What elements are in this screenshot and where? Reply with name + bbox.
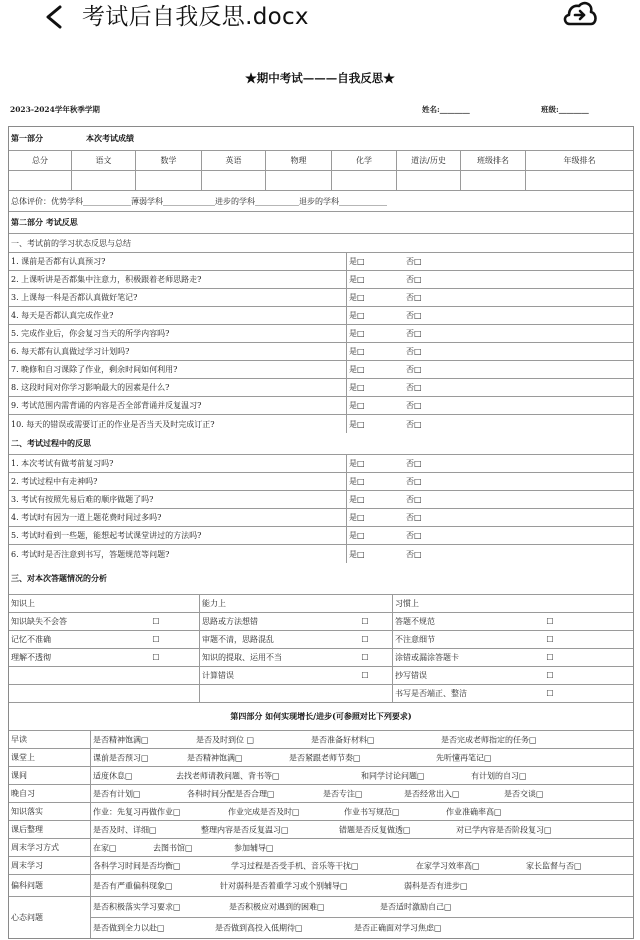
- overall-evaluation: 总体评价：优势学科____________薄弱学科_____________进步…: [9, 191, 633, 211]
- analysis-checkbox[interactable]: ☐: [356, 653, 374, 662]
- analysis-item: 抄写错误: [395, 670, 541, 681]
- growth-checkbox-item[interactable]: 去找老师请教问题、背书等□: [176, 770, 280, 781]
- score-header-row: 总分 语文 数学 英语 物理 化学 道法/历史 班级排名 年级排名: [9, 151, 633, 171]
- growth-row-label: 周末学习方式: [9, 839, 91, 856]
- growth-row: 周末学习方式 在家□ 去图书馆□ 参加辅导□: [9, 839, 633, 857]
- share-button[interactable]: [560, 0, 600, 30]
- growth-checkbox-item[interactable]: 课前是否预习□: [93, 752, 149, 763]
- no-checkbox[interactable]: 否□: [406, 364, 422, 375]
- growth-checkbox-item[interactable]: 是否积极落实学习要求□: [93, 902, 181, 913]
- growth-row: 课后整理 是否及时、详细□ 整理内容是否反复温习□ 错题是否反复做透□ 对已学内…: [9, 821, 633, 839]
- question-text: 10. 每天的错误或需要订正的作业是否当天及时完成订正?: [9, 415, 347, 433]
- growth-row-label: 心态问题: [9, 897, 91, 938]
- analysis-checkbox[interactable]: ☐: [541, 635, 559, 644]
- no-checkbox[interactable]: 否□: [406, 530, 422, 541]
- question-text: 5. 考试时看到一些题，能想起考试课堂讲过的方法吗?: [9, 527, 347, 544]
- growth-row-label: 偏科问题: [9, 875, 91, 896]
- question-text: 2. 上课听讲是否都集中注意力，积极跟着老师思路走?: [9, 271, 347, 288]
- question-text: 7. 晚修和自习课除了作业，剩余时间如何利用?: [9, 361, 347, 378]
- analysis-checkbox[interactable]: ☐: [147, 653, 165, 662]
- analysis-row: 书写是否端正、整洁☐: [9, 685, 633, 703]
- growth-checkbox-item[interactable]: 先听懂再笔记□: [436, 752, 492, 763]
- yes-checkbox[interactable]: 是□: [349, 419, 406, 430]
- part2-header: 第二部分 考试反思: [9, 212, 633, 234]
- part4-title: 第四部分 如何实现增长/进步(可参照对比下列要求): [9, 703, 633, 730]
- score-input-class-rank[interactable]: [461, 171, 526, 190]
- analysis-item: 审题不清，思路混乱: [202, 634, 356, 645]
- growth-checkbox-item[interactable]: 在家学习效率高□: [416, 860, 480, 871]
- no-checkbox[interactable]: 否□: [406, 346, 422, 357]
- score-col-class-rank: 班级排名: [461, 151, 526, 170]
- no-checkbox[interactable]: 否□: [406, 549, 422, 560]
- analysis-item: 计算错误: [202, 670, 356, 681]
- part4-header: 第四部分 如何实现增长/进步(可参照对比下列要求): [9, 703, 633, 731]
- document-title: 考试后自我反思.docx: [82, 0, 309, 31]
- no-checkbox[interactable]: 否□: [406, 400, 422, 411]
- yes-checkbox[interactable]: 是□: [349, 476, 406, 487]
- growth-checkbox-item[interactable]: 是否有计划□: [93, 788, 141, 799]
- yes-checkbox[interactable]: 是□: [349, 256, 406, 267]
- yes-checkbox[interactable]: 是□: [349, 549, 406, 560]
- growth-checkbox-item[interactable]: 错题是否反复做透□: [339, 824, 411, 835]
- section1-questions: 1. 课前是否都有认真预习?是□否□ 2. 上课听讲是否都集中注意力，积极跟着老…: [9, 253, 633, 433]
- growth-checkbox-item[interactable]: 去图书馆□: [153, 842, 193, 853]
- growth-checkbox-item[interactable]: 弱科是否有进步□: [404, 880, 468, 891]
- question-text: 8. 这段时间对你学习影响最大的因素是什么?: [9, 379, 347, 396]
- section2-title: 二、考试过程中的反思: [9, 433, 633, 454]
- no-checkbox[interactable]: 否□: [406, 310, 422, 321]
- question-row: 3. 上课每一科是否都认真做好笔记?是□否□: [9, 289, 633, 307]
- question-row: 8. 这段时间对你学习影响最大的因素是什么?是□否□: [9, 379, 633, 397]
- score-input-physics[interactable]: [266, 171, 332, 190]
- yes-checkbox[interactable]: 是□: [349, 328, 406, 339]
- growth-checkbox-item[interactable]: 家长监督与否□: [526, 860, 582, 871]
- score-input-math[interactable]: [136, 171, 202, 190]
- growth-checkbox-item[interactable]: 是否做到全力以赴□: [93, 923, 165, 934]
- term-label: 2023-2024学年秋季学期: [10, 104, 100, 115]
- analysis-col-knowledge: 知识上: [9, 595, 200, 612]
- growth-checkbox-item[interactable]: 作业准确率高□: [446, 806, 502, 817]
- question-text: 4. 每天是否都认真完成作业?: [9, 307, 347, 324]
- no-checkbox[interactable]: 否□: [406, 494, 422, 505]
- growth-checkbox-item[interactable]: 是否交谈□: [504, 788, 544, 799]
- growth-checkbox-item[interactable]: 各科学习时间是否均衡□: [93, 860, 181, 871]
- growth-checkbox-item[interactable]: 适度休息□: [93, 770, 133, 781]
- growth-row-label: 知识落实: [9, 803, 91, 820]
- yes-checkbox[interactable]: 是□: [349, 292, 406, 303]
- question-row: 2. 考试过程中有走神吗?是□否□: [9, 473, 633, 491]
- score-input-chemistry[interactable]: [332, 171, 397, 190]
- no-checkbox[interactable]: 否□: [406, 328, 422, 339]
- question-row: 10. 每天的错误或需要订正的作业是否当天及时完成订正?是□否□: [9, 415, 633, 433]
- growth-row-label: 课间: [9, 767, 91, 784]
- analysis-checkbox[interactable]: ☐: [541, 617, 559, 626]
- analysis-checkbox[interactable]: ☐: [541, 689, 559, 698]
- growth-row: 知识落实 作业：先复习再做作业□ 作业完成是否及时□ 作业书写规范□ 作业准确率…: [9, 803, 633, 821]
- chevron-left-icon: [40, 2, 70, 36]
- analysis-item: 不注意细节: [395, 634, 541, 645]
- back-button[interactable]: [40, 2, 70, 36]
- analysis-checkbox[interactable]: ☐: [541, 671, 559, 680]
- yes-checkbox[interactable]: 是□: [349, 346, 406, 357]
- question-text: 1. 本次考试有做考前复习吗?: [9, 455, 347, 472]
- growth-row: 课间 适度休息□ 去找老师请教问题、背书等□ 和同学讨论问题□ 有计划的自习□: [9, 767, 633, 785]
- yes-checkbox[interactable]: 是□: [349, 274, 406, 285]
- growth-checkbox-item[interactable]: 参加辅导□: [234, 842, 274, 853]
- question-row: 6. 考试时是否注意到书写，答题规范等问题?是□否□: [9, 545, 633, 563]
- question-text: 5. 完成作业后，你会复习当天的所学内容吗?: [9, 325, 347, 342]
- cloud-share-icon: [560, 0, 600, 30]
- growth-checkbox-item[interactable]: 是否准备好材料□: [311, 734, 375, 745]
- score-col-physics: 物理: [266, 151, 332, 170]
- name-field-label: 姓名:________: [422, 104, 470, 115]
- growth-row-label: 课后整理: [9, 821, 91, 838]
- growth-checkbox-item[interactable]: 是否适时激励自己□: [380, 902, 452, 913]
- document-meta: 2023-2024学年秋季学期 姓名:________ 班级:________: [8, 104, 634, 118]
- analysis-checkbox[interactable]: ☐: [356, 635, 374, 644]
- growth-checkbox-item[interactable]: 作业：先复习再做作业□: [93, 806, 181, 817]
- document-heading: ★期中考试———自我反思★: [0, 70, 640, 86]
- question-row: 9. 考试范围内需背诵的内容是否全部背诵并反复温习?是□否□: [9, 397, 633, 415]
- no-checkbox[interactable]: 否□: [406, 292, 422, 303]
- analysis-item: 记忆不准确: [11, 634, 147, 645]
- growth-row: 课堂上 课前是否预习□ 是否精神饱满□ 是否紧跟老师节奏□ 先听懂再笔记□: [9, 749, 633, 767]
- reflection-table: 第一部分 本次考试成绩 总分 语文 数学 英语 物理 化学 道法/历史 班级排名…: [8, 126, 634, 939]
- score-value-row: [9, 171, 633, 191]
- analysis-item: 思路或方法想错: [202, 616, 356, 627]
- question-row: 4. 每天是否都认真完成作业?是□否□: [9, 307, 633, 325]
- part1-header: 第一部分 本次考试成绩: [9, 127, 633, 151]
- growth-checkbox-item[interactable]: 是否做到高投入低期待□: [215, 923, 303, 934]
- analysis-item: 涂错或漏涂答题卡: [395, 652, 541, 663]
- yes-checkbox[interactable]: 是□: [349, 530, 406, 541]
- growth-row-label: 早读: [9, 731, 91, 748]
- part2-title: 第二部分 考试反思: [9, 212, 633, 233]
- score-input-chinese[interactable]: [72, 171, 136, 190]
- score-col-math: 数学: [136, 151, 202, 170]
- question-row: 1. 本次考试有做考前复习吗?是□否□: [9, 455, 633, 473]
- evaluation-row: 总体评价：优势学科____________薄弱学科_____________进步…: [9, 191, 633, 212]
- no-checkbox[interactable]: 否□: [406, 458, 422, 469]
- growth-row-label: 课堂上: [9, 749, 91, 766]
- question-text: 2. 考试过程中有走神吗?: [9, 473, 347, 490]
- section1-title: 一、考试前的学习状态反思与总结: [9, 234, 633, 252]
- yes-checkbox[interactable]: 是□: [349, 512, 406, 523]
- section3-title: 三、对本次答题情况的分析: [9, 563, 633, 594]
- question-row: 4. 考试时有因为一道上题花费时间过多吗?是□否□: [9, 509, 633, 527]
- growth-row-label: 晚自习: [9, 785, 91, 802]
- analysis-col-ability: 能力上: [200, 595, 393, 612]
- growth-checkbox-item[interactable]: 和同学讨论问题□: [361, 770, 425, 781]
- growth-row: 周末学习 各科学习时间是否均衡□ 学习过程是否受手机、音乐等干扰□ 在家学习效率…: [9, 857, 633, 875]
- score-input-total[interactable]: [9, 171, 72, 190]
- question-row: 1. 课前是否都有认真预习?是□否□: [9, 253, 633, 271]
- question-text: 3. 上课每一科是否都认真做好笔记?: [9, 289, 347, 306]
- section2-questions: 1. 本次考试有做考前复习吗?是□否□ 2. 考试过程中有走神吗?是□否□ 3.…: [9, 455, 633, 563]
- score-col-english: 英语: [202, 151, 266, 170]
- growth-checkbox-item[interactable]: 是否积极应对遇到的困难□: [229, 902, 325, 913]
- growth-checkbox-item[interactable]: 作业书写规范□: [344, 806, 400, 817]
- growth-checkbox-item[interactable]: 是否及时、详细□: [93, 824, 157, 835]
- question-row: 3. 考试有按照先易后难的顺序做题了吗?是□否□: [9, 491, 633, 509]
- yes-checkbox[interactable]: 是□: [349, 458, 406, 469]
- growth-row: 早读 是否精神饱满□ 是否及时到位 □ 是否准备好材料□ 是否完成老师指定的任务…: [9, 731, 633, 749]
- section2-header: 二、考试过程中的反思: [9, 433, 633, 455]
- analysis-item: 知识的提取、运用不当: [202, 652, 356, 663]
- question-row: 6. 每天都有认真做过学习计划吗?是□否□: [9, 343, 633, 361]
- score-input-ethics-history[interactable]: [397, 171, 461, 190]
- growth-checkbox-item[interactable]: 是否经常出入□: [404, 788, 460, 799]
- question-text: 3. 考试有按照先易后难的顺序做题了吗?: [9, 491, 347, 508]
- section3-header: 三、对本次答题情况的分析: [9, 563, 633, 595]
- yes-checkbox[interactable]: 是□: [349, 382, 406, 393]
- analysis-checkbox[interactable]: ☐: [147, 617, 165, 626]
- growth-checkbox-item[interactable]: 对已学内容是否阶段复习□: [456, 824, 552, 835]
- question-text: 6. 每天都有认真做过学习计划吗?: [9, 343, 347, 360]
- analysis-item: 书写是否端正、整洁: [395, 688, 541, 699]
- growth-checkbox-item[interactable]: 是否正确面对学习焦虑□: [354, 923, 442, 934]
- analysis-row: 知识缺失不会答☐ 思路或方法想错☐ 答题不规范☐: [9, 613, 633, 631]
- analysis-row: 记忆不准确☐ 审题不清，思路混乱☐ 不注意细节☐: [9, 631, 633, 649]
- growth-row: 晚自习 是否有计划□ 各科时间分配是否合理□ 是否专注□ 是否经常出入□ 是否交…: [9, 785, 633, 803]
- section1-header: 一、考试前的学习状态反思与总结: [9, 234, 633, 253]
- analysis-item: 理解不透彻: [11, 652, 147, 663]
- question-row: 7. 晚修和自习课除了作业，剩余时间如何利用?是□否□: [9, 361, 633, 379]
- growth-checkbox-item[interactable]: 各科时间分配是否合理□: [187, 788, 275, 799]
- question-row: 2. 上课听讲是否都集中注意力，积极跟着老师思路走?是□否□: [9, 271, 633, 289]
- growth-checkbox-item[interactable]: 是否有严重偏科现象□: [93, 880, 173, 891]
- analysis-item: 答题不规范: [395, 616, 541, 627]
- growth-row-mindset: 心态问题 是否积极落实学习要求□ 是否积极应对遇到的困难□ 是否适时激励自己□ …: [9, 897, 633, 938]
- score-input-english[interactable]: [202, 171, 266, 190]
- question-text: 6. 考试时是否注意到书写，答题规范等问题?: [9, 545, 347, 563]
- analysis-checkbox[interactable]: ☐: [356, 671, 374, 680]
- growth-checkbox-item[interactable]: 是否及时到位 □: [196, 734, 254, 745]
- growth-checkbox-item[interactable]: 是否专注□: [323, 788, 363, 799]
- no-checkbox[interactable]: 否□: [406, 512, 422, 523]
- yes-checkbox[interactable]: 是□: [349, 494, 406, 505]
- question-text: 4. 考试时有因为一道上题花费时间过多吗?: [9, 509, 347, 526]
- analysis-checkbox[interactable]: ☐: [356, 617, 374, 626]
- growth-checkbox-item[interactable]: 学习过程是否受手机、音乐等干扰□: [231, 860, 359, 871]
- analysis-checkbox[interactable]: ☐: [147, 635, 165, 644]
- analysis-col-habit: 习惯上: [393, 595, 633, 612]
- growth-checkbox-item[interactable]: 是否精神饱满□: [187, 752, 243, 763]
- part1-subtitle: 本次考试成绩: [86, 133, 134, 144]
- growth-checkbox-item[interactable]: 是否精神饱满□: [93, 734, 149, 745]
- score-col-chinese: 语文: [72, 151, 136, 170]
- no-checkbox[interactable]: 否□: [406, 476, 422, 487]
- growth-row: 偏科问题 是否有严重偏科现象□ 针对弱科是否着重学习或个别辅导□ 弱科是否有进步…: [9, 875, 633, 897]
- class-field-label: 班级:________: [541, 104, 589, 115]
- yes-checkbox[interactable]: 是□: [349, 400, 406, 411]
- analysis-row: 计算错误☐ 抄写错误☐: [9, 667, 633, 685]
- part1-title: 第一部分: [11, 133, 86, 144]
- no-checkbox[interactable]: 否□: [406, 256, 422, 267]
- question-row: 5. 完成作业后，你会复习当天的所学内容吗?是□否□: [9, 325, 633, 343]
- score-col-total: 总分: [9, 151, 72, 170]
- growth-checkbox-item[interactable]: 作业完成是否及时□: [228, 806, 300, 817]
- yes-checkbox[interactable]: 是□: [349, 310, 406, 321]
- growth-row-label: 周末学习: [9, 857, 91, 874]
- analysis-checkbox[interactable]: ☐: [541, 653, 559, 662]
- growth-checkbox-item[interactable]: 整理内容是否反复温习□: [201, 824, 289, 835]
- app-header: 考试后自我反思.docx: [0, 0, 640, 44]
- score-col-ethics-history: 道法/历史: [397, 151, 461, 170]
- score-col-chemistry: 化学: [332, 151, 397, 170]
- yes-checkbox[interactable]: 是□: [349, 364, 406, 375]
- growth-checkbox-item[interactable]: 有计划的自习□: [471, 770, 527, 781]
- question-text: 9. 考试范围内需背诵的内容是否全部背诵并反复温习?: [9, 397, 347, 414]
- question-row: 5. 考试时看到一些题，能想起考试课堂讲过的方法吗?是□否□: [9, 527, 633, 545]
- score-input-grade-rank[interactable]: [526, 171, 633, 190]
- growth-checkbox-item[interactable]: 针对弱科是否着重学习或个别辅导□: [220, 880, 348, 891]
- no-checkbox[interactable]: 否□: [406, 274, 422, 285]
- growth-checkbox-item[interactable]: 是否完成老师指定的任务□: [441, 734, 537, 745]
- analysis-row: 理解不透彻☐ 知识的提取、运用不当☐ 涂错或漏涂答题卡☐: [9, 649, 633, 667]
- no-checkbox[interactable]: 否□: [406, 419, 422, 430]
- question-text: 1. 课前是否都有认真预习?: [9, 253, 347, 270]
- analysis-item: 知识缺失不会答: [11, 616, 147, 627]
- score-col-grade-rank: 年级排名: [526, 151, 633, 170]
- growth-checkbox-item[interactable]: 在家□: [93, 842, 117, 853]
- growth-checkbox-item[interactable]: 是否紧跟老师节奏□: [289, 752, 361, 763]
- analysis-header-row: 知识上 能力上 习惯上: [9, 595, 633, 613]
- no-checkbox[interactable]: 否□: [406, 382, 422, 393]
